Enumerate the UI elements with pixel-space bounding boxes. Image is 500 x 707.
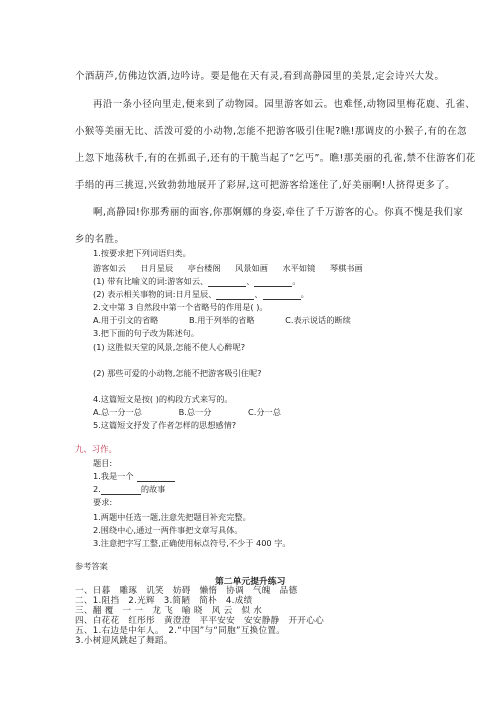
- topic-text: 的故事: [141, 484, 166, 494]
- answers-label: 参考答案: [75, 561, 108, 572]
- answer-blank[interactable]: [216, 290, 254, 300]
- topic-2: 2.的故事: [93, 484, 165, 495]
- option-c: C.表示说话的断续: [285, 315, 351, 325]
- topic-label: 题目:: [93, 458, 112, 469]
- question-2-title: 2.文中第 3 自然段中第一个省略号的作用是( )。: [93, 302, 268, 313]
- option-b: B.用于列举的省略: [189, 315, 255, 325]
- topic-blank[interactable]: [137, 472, 175, 482]
- question-1-title: 1.按要求把下列词语归类。: [93, 248, 191, 259]
- word: 琴棋书画: [330, 263, 363, 273]
- passage-line: 个酒葫芦,仿佛边饮酒,边吟诗。要是他在天有灵,看到高静园里的美景,定会诗兴大发。: [75, 68, 427, 82]
- requirement-3: 3.注意把字写工整,正确使用标点符号,不少于 400 字。: [93, 538, 291, 549]
- passage-line: 啊,高静园!你那秀丽的面容,你那婀娜的身姿,牵住了千万游客的心。你真不愧是我们家: [93, 204, 445, 218]
- word: 日月星辰: [140, 263, 173, 273]
- passage-line: 再沿一条小径向里走,便来到了动物园。园里游客如云。也难怪,动物园里梅花鹿、孔雀、: [93, 96, 445, 110]
- topic-1: 1.我是一个: [93, 471, 175, 482]
- question-1-words: 游客如云 日月星辰 亭台楼阁 风景如画 水平如镜 琴棋书画: [93, 263, 363, 274]
- question-2-options: A.用于引文的省略 B.用于列举的省略 C.表示说话的断续: [93, 315, 351, 326]
- question-text: (1) 带有比喻义的词:游客如云、: [93, 276, 208, 286]
- document-page: 个酒葫芦,仿佛边饮酒,边吟诗。要是他在天有灵,看到高静园里的美景,定会诗兴大发。…: [0, 0, 500, 707]
- passage-line: 小猴等美丽无比、活泼可爱的小动物,怎能不把游客吸引住呢?瞧!那调皮的小猴子,有的…: [75, 123, 427, 137]
- topic-blank[interactable]: [101, 485, 141, 495]
- requirements-label: 要求:: [93, 497, 112, 508]
- composition-heading: 九、习作。: [75, 443, 117, 455]
- answer-line: 3.小树迎风跳起了舞蹈。: [75, 634, 173, 646]
- word: 风景如画: [235, 263, 268, 273]
- passage-line: 乡的名胜。: [75, 231, 427, 245]
- passage-line: 上忽下地荡秋千,有的在抓虱子,还有的干脆当起了“乞丐”。瞧!那美丽的孔雀,禁不住…: [75, 150, 427, 164]
- word: 亭台楼阁: [188, 263, 221, 273]
- question-3-sub2: (2) 那些可爱的小动物,怎能不把游客吸引住呢?: [93, 368, 262, 379]
- option-a: A.总一分一总: [93, 407, 142, 417]
- question-1-sub2: (2) 表示相关事物的词:日月星辰、、。: [93, 289, 309, 300]
- option-c: C.分一总: [248, 407, 281, 417]
- question-text: (2) 表示相关事物的词:日月星辰、: [93, 289, 216, 299]
- requirement-1: 1.两题中任选一题,注意先把题目补充完整。: [93, 512, 251, 523]
- option-a: A.用于引文的省略: [93, 315, 158, 325]
- requirement-2: 2.围绕中心,通过一两件事把文章写具体。: [93, 525, 243, 536]
- word: 水平如镜: [283, 263, 316, 273]
- topic-number: 2.: [93, 484, 101, 494]
- answer-blank[interactable]: [208, 277, 246, 287]
- word: 游客如云: [93, 263, 126, 273]
- option-b: B.总一分: [179, 407, 212, 417]
- question-3-title: 3.把下面的句子改为陈述句。: [93, 328, 199, 339]
- question-4-title: 4.这篇短文是按( )的构段方式来写的。: [93, 394, 233, 405]
- question-1-sub1: (1) 带有比喻义的词:游客如云、、。: [93, 276, 301, 287]
- answer-blank[interactable]: [263, 290, 301, 300]
- question-5-title: 5.这篇短文抒发了作者怎样的思想感情?: [93, 420, 236, 431]
- question-4-options: A.总一分一总 B.总一分 C.分一总: [93, 407, 281, 418]
- topic-text: 1.我是一个: [93, 471, 134, 481]
- passage-line: 手绢的再三挑逗,兴致勃勃地展开了彩屏,这可把游客给迷住了,好美丽啊!人挤得更多了…: [75, 177, 427, 191]
- answer-blank[interactable]: [254, 277, 292, 287]
- question-3-sub1: (1) 这胜似天堂的风景,怎能不使人心醉呢?: [93, 342, 245, 353]
